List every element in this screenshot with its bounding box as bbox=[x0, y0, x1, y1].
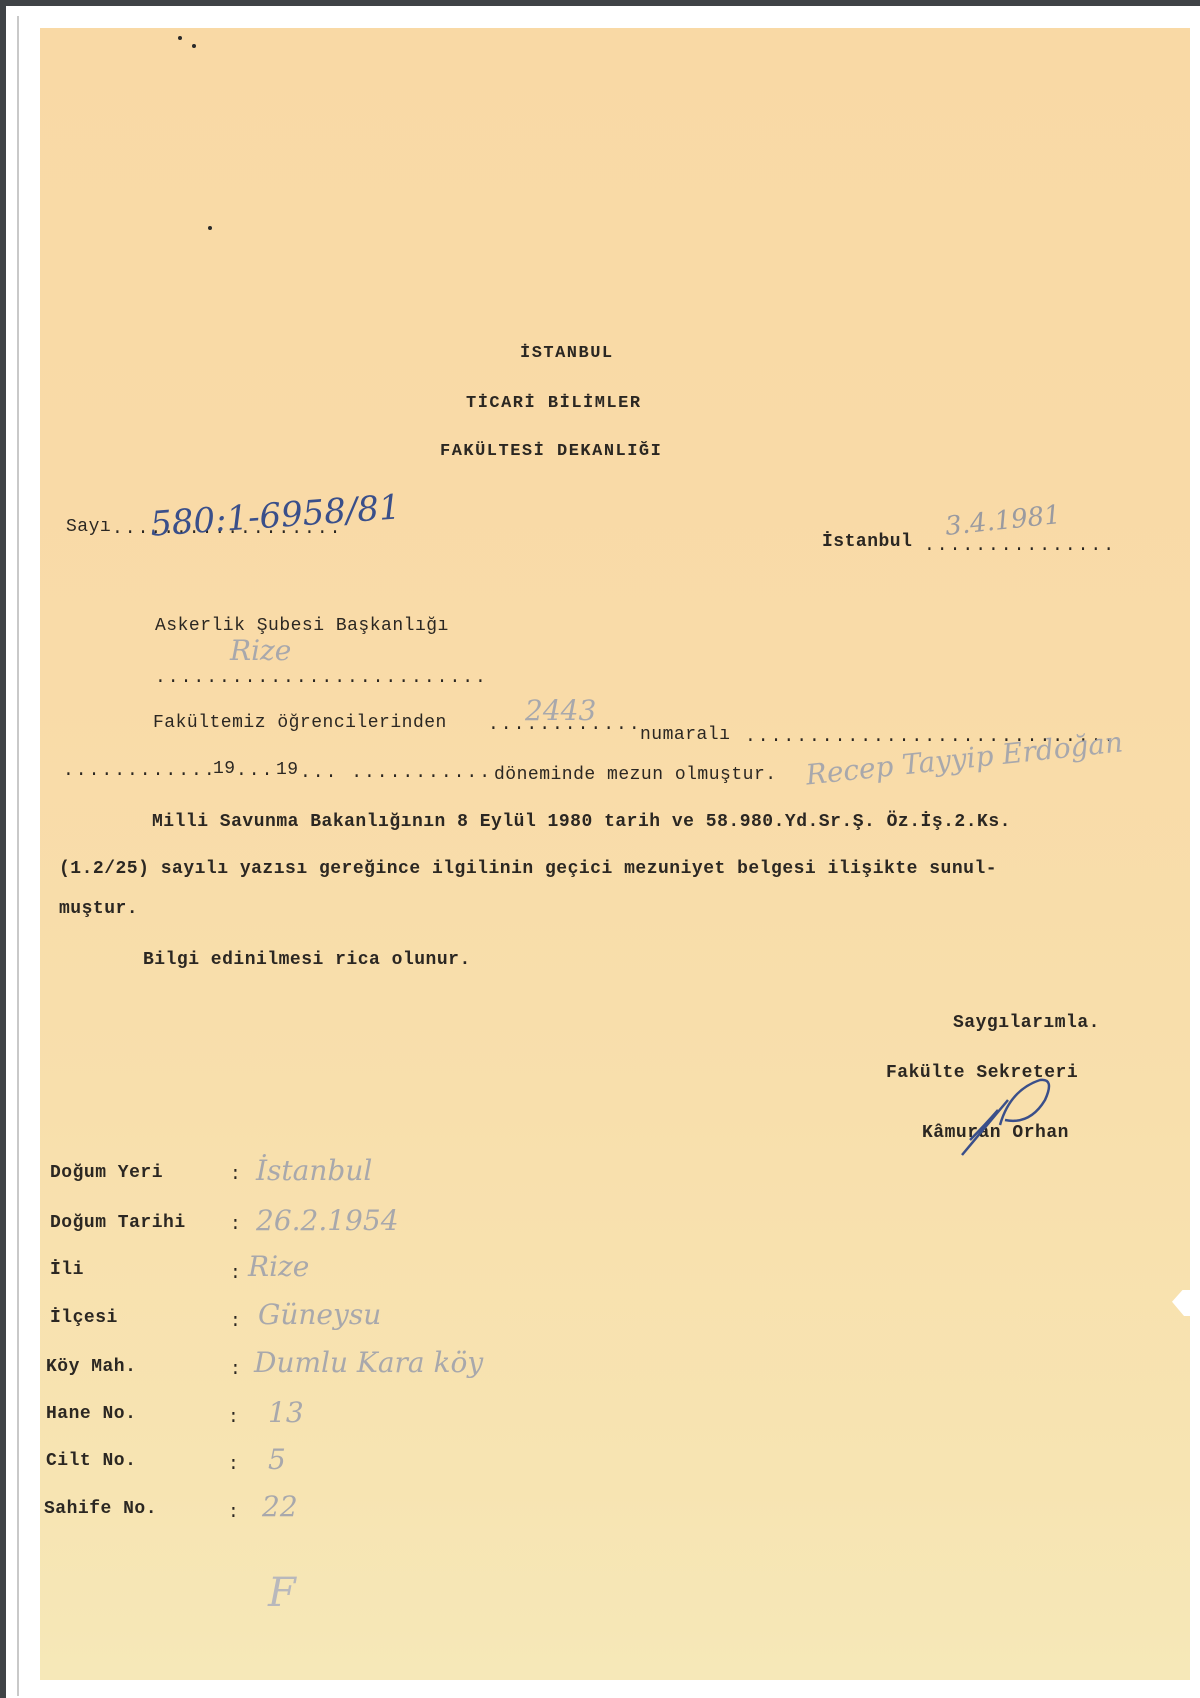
info-label-volume-no: Cilt No. bbox=[46, 1451, 136, 1471]
info-label-birthplace: Doğum Yeri bbox=[50, 1163, 163, 1183]
body-p2-line1: Milli Savunma Bakanlığının 8 Eylül 1980 … bbox=[152, 812, 1011, 832]
place-label: İstanbul bbox=[822, 532, 912, 552]
info-colon: : bbox=[228, 1408, 239, 1428]
info-label-province: İli bbox=[50, 1260, 84, 1280]
info-value-page-no: 22 bbox=[262, 1490, 298, 1523]
body-p3: Bilgi edinilmesi rica olunur. bbox=[143, 950, 471, 970]
info-colon: : bbox=[230, 1312, 241, 1332]
info-value-birthdate: 26.2.1954 bbox=[256, 1204, 399, 1237]
year-end: 19 bbox=[276, 760, 299, 780]
info-label-house-no: Hane No. bbox=[46, 1404, 136, 1424]
header-city: İSTANBUL bbox=[520, 344, 614, 363]
info-colon: : bbox=[230, 1264, 241, 1284]
info-label-page-no: Sahife No. bbox=[44, 1499, 157, 1519]
info-label-district: İlçesi bbox=[50, 1308, 118, 1328]
info-value-village: Dumlu Kara köy bbox=[254, 1346, 483, 1379]
signature-mark bbox=[950, 1070, 1060, 1160]
year-dots-1: .................. bbox=[63, 761, 213, 781]
year-start: 19 bbox=[213, 759, 236, 779]
student-number-handwritten: 2443 bbox=[525, 694, 596, 727]
ink-speck bbox=[208, 226, 212, 230]
body-p2-line3: muştur. bbox=[59, 899, 138, 919]
viewer-top-bar bbox=[0, 0, 1200, 6]
info-value-volume-no: 5 bbox=[268, 1443, 286, 1476]
recipient-title: Askerlik Şubesi Başkanlığı bbox=[155, 616, 449, 636]
ink-speck bbox=[178, 36, 182, 40]
info-value-province: Rize bbox=[248, 1250, 309, 1283]
info-colon: : bbox=[230, 1215, 241, 1235]
info-colon: : bbox=[230, 1165, 241, 1185]
year-dots-3: ... ............... bbox=[300, 763, 495, 783]
body-numarali: numaralı bbox=[640, 725, 730, 745]
ink-speck bbox=[192, 44, 196, 48]
info-colon: : bbox=[230, 1360, 241, 1380]
header-deanery: FAKÜLTESİ DEKANLIĞI bbox=[440, 442, 662, 461]
body-p2-line2: (1.2/25) sayılı yazısı gereğince ilgilin… bbox=[59, 859, 997, 879]
body-p1-end: döneminde mezun olmuştur. bbox=[494, 765, 777, 785]
bottom-pencil-mark: F bbox=[268, 1570, 296, 1616]
info-value-birthplace: İstanbul bbox=[256, 1154, 372, 1187]
recipient-dots: ........................................ bbox=[155, 668, 485, 688]
page-edge-line bbox=[17, 16, 19, 1696]
year-dots-2: ..... bbox=[236, 761, 276, 781]
viewer-left-bar bbox=[0, 6, 6, 1698]
document-page bbox=[40, 28, 1190, 1680]
body-p1-start: Fakültemiz öğrencilerinden bbox=[153, 713, 447, 733]
info-value-house-no: 13 bbox=[268, 1396, 304, 1429]
info-label-village: Köy Mah. bbox=[46, 1357, 136, 1377]
closing-salutation: Saygılarımla. bbox=[953, 1013, 1100, 1033]
header-faculty: TİCARİ BİLİMLER bbox=[466, 394, 642, 413]
info-colon: : bbox=[228, 1455, 239, 1475]
reference-label: Sayı bbox=[66, 517, 111, 537]
info-value-district: Güneysu bbox=[258, 1298, 381, 1331]
info-label-birthdate: Doğum Tarihi bbox=[50, 1213, 186, 1233]
info-colon: : bbox=[228, 1503, 239, 1523]
recipient-city-handwritten: Rize bbox=[230, 634, 291, 667]
